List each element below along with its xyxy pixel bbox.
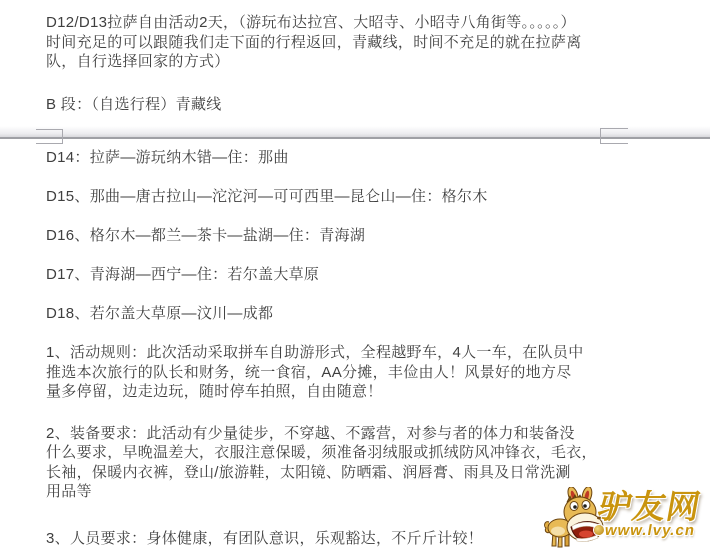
document-text-area[interactable]: D12/D13拉萨自由活动2天，（游玩布达拉宫、大昭寺、小昭寺八角街等。。。。。…	[46, 13, 686, 548]
itinerary-line-d17: D17、青海湖—西宁—住：若尔盖大草原	[46, 265, 686, 285]
watermark-site-name: 驴友网	[595, 481, 705, 528]
page-corner-mark-right	[600, 128, 628, 144]
itinerary-line-d15: D15、那曲—唐古拉山—沱沱河—可可西里—昆仑山—住：格尔木	[46, 187, 686, 207]
url-bullet-icon	[594, 525, 604, 535]
itinerary-line-d14: D14：拉萨—游玩纳木错—住：那曲	[46, 148, 686, 168]
watermark-site-url: www.lvy.cn	[604, 522, 697, 539]
itinerary-line-d18: D18、若尔盖大草原—汶川—成都	[46, 304, 686, 324]
watermark: 驴友网 www.lvy.cn	[543, 487, 710, 548]
paragraph-d12-d13-free-days: D12/D13拉萨自由活动2天，（游玩布达拉宫、大昭寺、小昭寺八角街等。。。。。…	[46, 13, 686, 72]
page-corner-mark-left	[36, 129, 63, 144]
paragraph-activity-rules: 1、活动规则：此次活动采取拼车自助游形式，全程越野车，4人一车，在队员中 推选本…	[46, 343, 686, 402]
itinerary-line-d16: D16、格尔木—都兰—茶卡—盐湖—住：青海湖	[46, 226, 686, 246]
paragraph-b-segment: B 段：（自选行程）青藏线	[46, 95, 686, 115]
